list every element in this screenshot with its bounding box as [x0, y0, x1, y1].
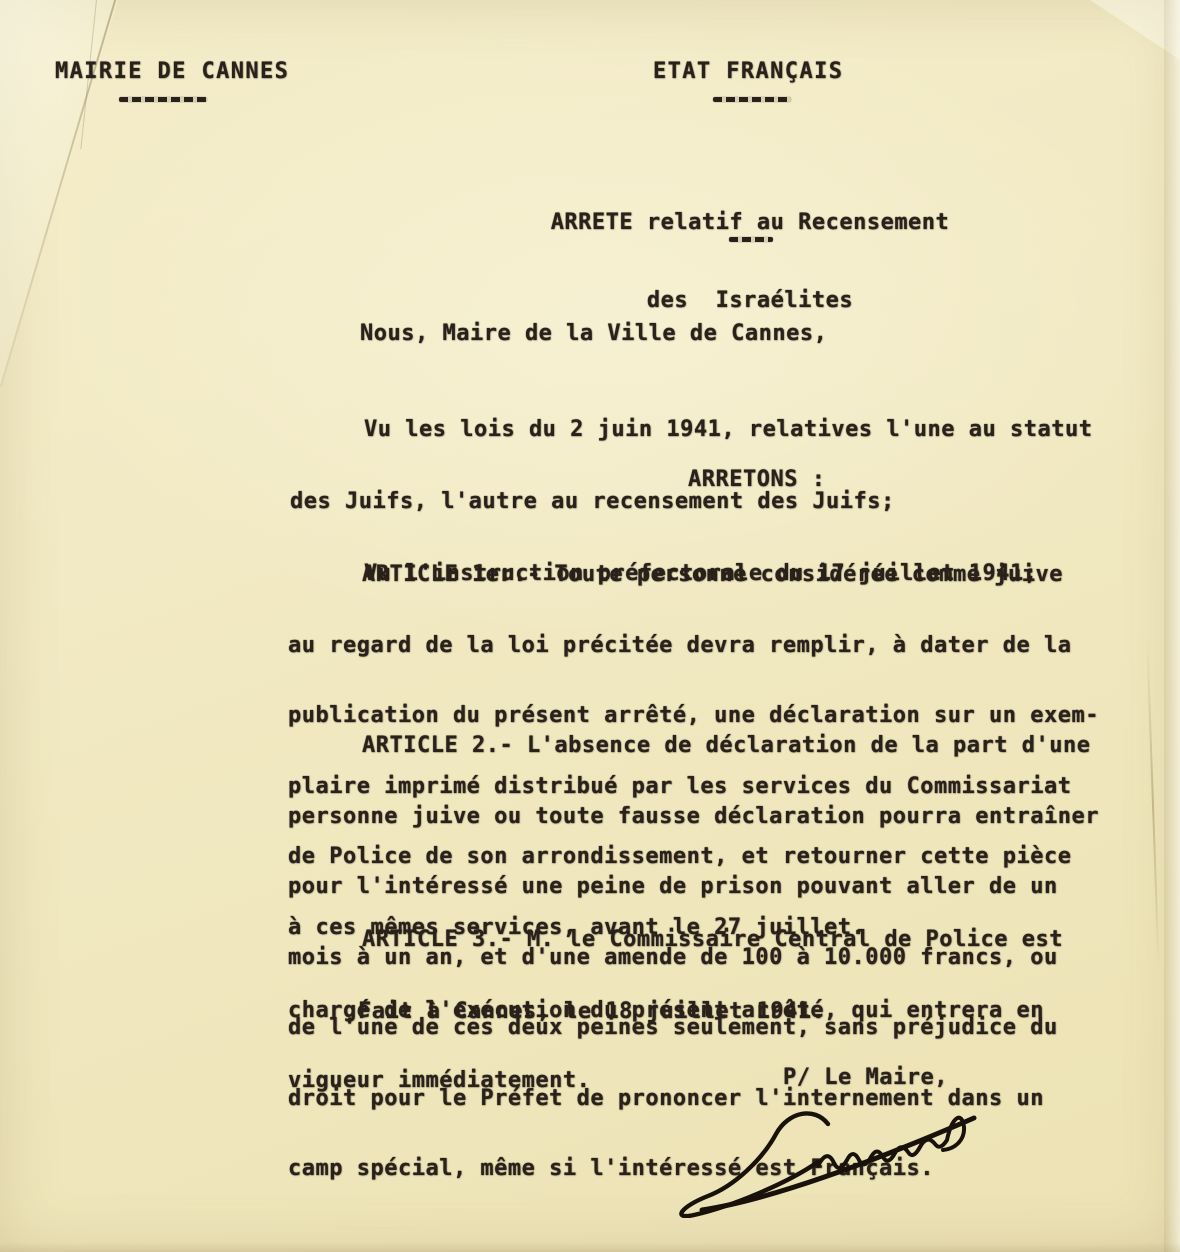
title-separator-dashes [729, 237, 773, 242]
letterhead-state-underline [713, 97, 791, 102]
letterhead-agency: MAIRIE DE CANNES [55, 60, 289, 84]
recital-line: des Juifs, l'autre au recensement des Ju… [290, 490, 1093, 514]
letterhead-state: ETAT FRANÇAIS [653, 60, 843, 84]
recital-line: Vu les lois du 2 juin 1941, relatives l'… [290, 418, 1093, 442]
article-line: ARTICLE 1er.- Toute personne considérée … [288, 563, 1099, 587]
article-line: au regard de la loi précitée devra rempl… [288, 634, 1099, 658]
article-line: personne juive ou toute fausse déclarati… [288, 805, 1099, 829]
document-title-line2: des Israélites [400, 288, 1100, 314]
signature-label: P/ Le Maire, [783, 1066, 948, 1090]
letterhead-agency-underline [119, 97, 207, 102]
paper-crease-right [1146, 640, 1160, 970]
article-line: ARTICLE 3.- M. le Commissaire Central de… [288, 928, 1063, 952]
document-title-line1: ARRETE relatif au Recensement [400, 210, 1100, 236]
signature-autograph [668, 1088, 998, 1218]
article-line: ARTICLE 2.- L'absence de déclaration de … [288, 734, 1099, 758]
salutation: Nous, Maire de la Ville de Cannes, [360, 322, 827, 346]
paper-edge-right [1164, 0, 1180, 1252]
decree-heading: ARRETONS : [688, 468, 825, 492]
closing-date-line: Fait à Cannes, le 18 juillet 1941. [358, 1000, 825, 1024]
scanned-document-page: MAIRIE DE CANNES ETAT FRANÇAIS ARRETE re… [0, 0, 1180, 1252]
paper-edge-bottom [0, 1242, 1180, 1252]
